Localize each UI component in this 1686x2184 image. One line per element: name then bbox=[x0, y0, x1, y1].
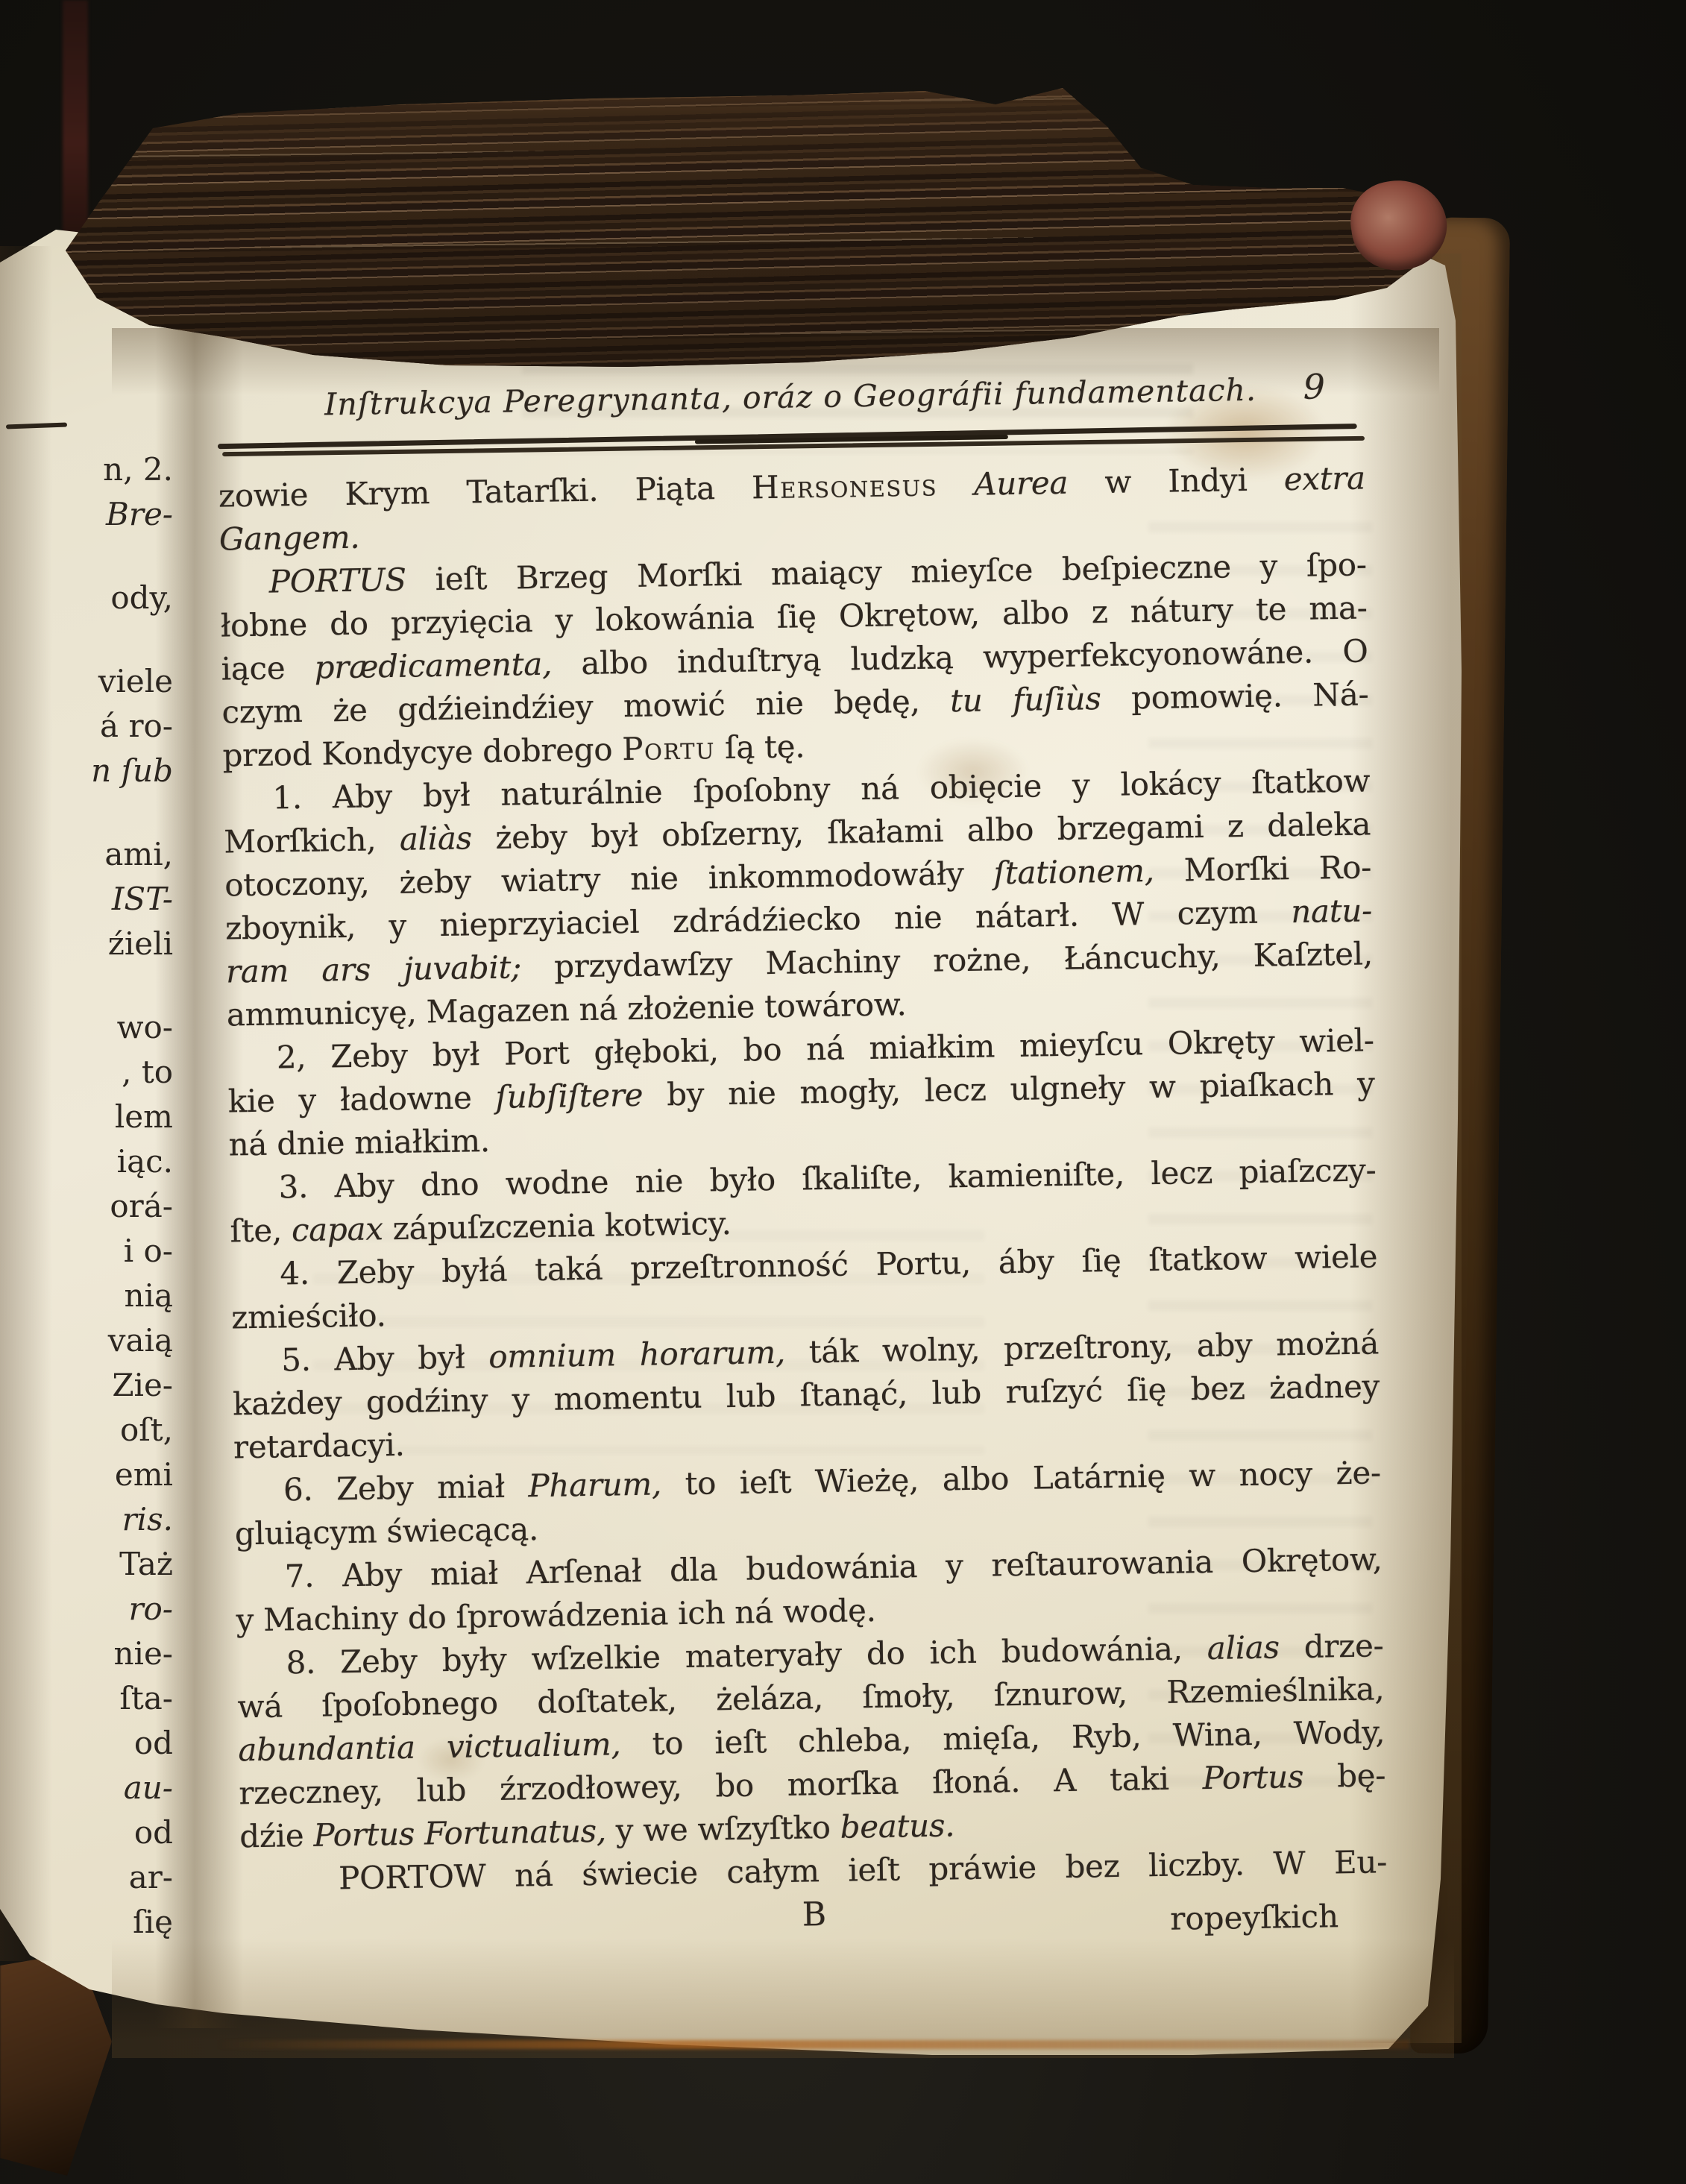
text-segment bbox=[937, 466, 975, 503]
page-number: 9 bbox=[1303, 366, 1325, 406]
text-segment: prædicamenta, bbox=[314, 646, 552, 686]
facing-line-fragment: n, 2. bbox=[0, 447, 173, 492]
text-segment: omnium horarum, bbox=[488, 1334, 786, 1375]
text-segment: retardacyi. bbox=[233, 1426, 405, 1466]
text-segment: by nie mogły, lecz ulgneły w piaſkach y bbox=[643, 1065, 1375, 1113]
text-segment: alias bbox=[1207, 1628, 1280, 1667]
facing-line-fragment: Bre- bbox=[0, 492, 173, 537]
body-text: zowie Krym Tatarſki. Piąta Hersonesus Au… bbox=[218, 456, 1388, 1901]
text-segment: Portus Fortunatus, bbox=[313, 1813, 606, 1854]
text-segment: to ieſt chleba, mięſa, Ryb, Wina, Wody, bbox=[620, 1713, 1385, 1762]
text-segment: Pharum, bbox=[528, 1465, 661, 1504]
text-segment: w Indyi bbox=[1068, 461, 1284, 501]
page-text-block: Inſtrukcya Peregrynanta, oráz o Geográfi… bbox=[217, 370, 1388, 1957]
text-segment: ram ars juvabit; bbox=[226, 948, 522, 989]
facing-line-fragment: lem bbox=[0, 1095, 173, 1139]
facing-line-fragment: nie- bbox=[0, 1631, 173, 1676]
facing-line-fragment: ſię bbox=[0, 1900, 173, 1945]
facing-line-fragment: iąc. bbox=[0, 1139, 173, 1184]
text-segment: przod Kondycye dobrego bbox=[222, 731, 623, 773]
text-segment: Portus bbox=[1202, 1758, 1303, 1796]
facing-line-fragment: n ſub bbox=[0, 749, 173, 793]
facing-line-fragment: ſta- bbox=[0, 1676, 173, 1721]
text-segment: Aurea bbox=[974, 465, 1069, 503]
text-segment: ſubſiſtere bbox=[495, 1077, 643, 1115]
text-segment: y Machiny do ſprowádzenia ich ná wodę. bbox=[236, 1592, 876, 1638]
text-segment: y we wſzyſtko bbox=[605, 1809, 840, 1849]
facing-line-fragment: viele bbox=[0, 659, 173, 704]
text-segment: drze- bbox=[1279, 1627, 1383, 1665]
facing-line-fragment: oſt, bbox=[0, 1408, 173, 1453]
text-segment: extra bbox=[1283, 459, 1365, 497]
catchword: ropeyſkich bbox=[1170, 1898, 1339, 1937]
text-segment: zmieściło. bbox=[231, 1297, 386, 1335]
text-segment: bę- bbox=[1303, 1757, 1386, 1795]
text-segment: Portu bbox=[622, 729, 715, 767]
facing-line-fragment: , to bbox=[0, 1050, 173, 1095]
facing-line-fragment: wo- bbox=[0, 1005, 173, 1050]
facing-line-fragment: vaią bbox=[0, 1318, 173, 1363]
text-segment: Gangem. bbox=[219, 519, 360, 558]
text-segment: zápuſzczenia kotwicy. bbox=[383, 1205, 732, 1247]
facing-line-fragment: ro- bbox=[0, 1587, 173, 1631]
facing-line-fragment: ris. bbox=[0, 1497, 173, 1542]
facing-line-fragment: ar- bbox=[0, 1855, 173, 1900]
text-segment: zowie Krym Tatarſki. bbox=[218, 471, 635, 514]
text-segment: abundantia victualium, bbox=[238, 1725, 621, 1768]
text-segment: natu- bbox=[1291, 892, 1372, 930]
facing-line-fragment: Zie- bbox=[0, 1363, 173, 1408]
facing-line-fragment: od bbox=[0, 1810, 173, 1855]
facing-line-fragment: á ro- bbox=[0, 704, 173, 749]
text-segment: beatus. bbox=[840, 1807, 954, 1845]
text-segment: gluiącym świecącą. bbox=[234, 1511, 538, 1552]
text-segment: capax bbox=[292, 1210, 383, 1248]
text-segment: Hersonesus bbox=[752, 466, 938, 506]
facing-page-text-fragments: n, 2.Bre-ody,vieleá ro-n ſubami,IST-źiel… bbox=[0, 447, 177, 1945]
text-segment: Morſkich, bbox=[224, 821, 400, 860]
facing-line-fragment: au- bbox=[0, 1766, 173, 1810]
facing-line-fragment: IST- bbox=[0, 877, 173, 922]
bottom-edge-highlight bbox=[216, 2040, 1409, 2049]
text-segment: ná dnie miałkim. bbox=[228, 1122, 490, 1162]
back-cover-edge bbox=[63, 0, 88, 239]
text-segment: ſą tę. bbox=[715, 728, 805, 766]
facing-line-fragment: orá- bbox=[0, 1184, 173, 1229]
text-segment: Piąta bbox=[635, 469, 752, 507]
book-photo-scene: n, 2.Bre-ody,vieleá ro-n ſubami,IST-źiel… bbox=[0, 0, 1686, 2184]
text-segment: PORTUS bbox=[268, 561, 406, 600]
text-segment: tu fuſiùs bbox=[950, 680, 1101, 719]
text-segment: dźie bbox=[239, 1817, 314, 1855]
text-segment: 6. Zeby miał bbox=[283, 1467, 529, 1508]
facing-line-fragment: emi bbox=[0, 1453, 173, 1497]
text-segment: ammunicyę, Magazen ná złożenie towárow. bbox=[227, 986, 907, 1033]
text-segment: 5. Aby był bbox=[281, 1338, 489, 1378]
text-segment: aliàs bbox=[399, 819, 472, 857]
text-segment: Morſki Ro- bbox=[1154, 849, 1371, 889]
text-segment: ſte, bbox=[230, 1212, 292, 1249]
text-segment: ták wolny, przeſtrony, aby możná bbox=[785, 1324, 1380, 1370]
text-segment: iące bbox=[221, 649, 315, 687]
text-segment: czym że gdźieindźiey mowić nie będę, bbox=[221, 682, 950, 730]
text-segment: otoczony, żeby wiatry nie inkommodowáły bbox=[224, 855, 994, 903]
facing-line-fragment: ami, bbox=[0, 832, 173, 877]
text-segment: ſtationem, bbox=[993, 852, 1154, 891]
facing-line-fragment: Taż bbox=[0, 1542, 173, 1587]
text-segment: kie y ładowne bbox=[227, 1079, 496, 1120]
text-segment: pomowię. Ná- bbox=[1101, 676, 1369, 717]
facing-line-fragment: źieli bbox=[0, 922, 173, 966]
facing-line-fragment: od bbox=[0, 1721, 173, 1766]
facing-line-fragment: i o- bbox=[0, 1229, 173, 1274]
facing-line-fragment: ody, bbox=[0, 576, 173, 620]
text-segment: to ieſt Wieżę, albo Latárnię w nocy że- bbox=[661, 1454, 1382, 1502]
facing-line-fragment: nią bbox=[0, 1274, 173, 1318]
